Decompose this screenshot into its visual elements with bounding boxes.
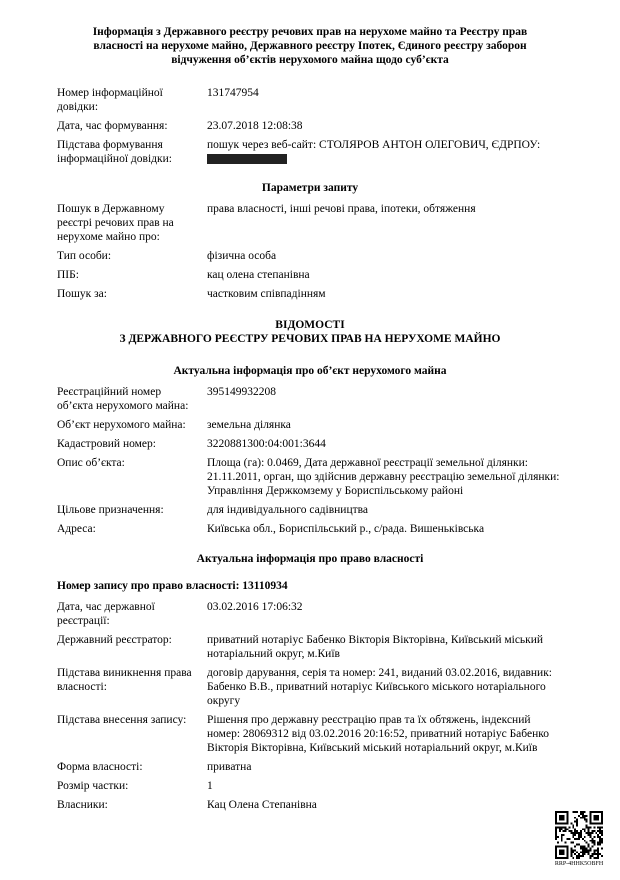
field-label: Тип особи: (57, 249, 207, 263)
field-value: Київська обл., Бориспільський р., с/рада… (207, 522, 563, 536)
query-row-pib: ПІБ: кац олена степанівна (57, 268, 563, 282)
field-label: Цільове призначення: (57, 503, 207, 517)
field-label: Розмір частки: (57, 779, 207, 793)
document-title: Інформація з Державного реєстру речових … (70, 25, 550, 67)
qr-code-icon (555, 811, 603, 859)
field-label: Підстава виникнення права власності: (57, 666, 207, 708)
field-value: приватна (207, 760, 563, 774)
field-value: 3220881300:04:001:3644 (207, 437, 563, 451)
field-label: Адреса: (57, 522, 207, 536)
object-row-cadastral: Кадастровий номер: 3220881300:04:001:364… (57, 437, 563, 451)
document-title-line3: відчуження об’єктів нерухомого майна щод… (70, 53, 550, 67)
info-section: Номер інформаційної довідки: 131747954 Д… (57, 86, 563, 166)
field-value: 23.07.2018 12:08:38 (207, 119, 563, 133)
ownership-section-heading: Актуальна інформація про право власності (57, 552, 563, 566)
info-row-basis: Підстава формування інформаційної довідк… (57, 138, 563, 166)
field-value: договір дарування, серія та номер: 241, … (207, 666, 563, 708)
ownership-row-reg-date: Дата, час державної реєстрації: 03.02.20… (57, 600, 563, 628)
field-label: Дата, час державної реєстрації: (57, 600, 207, 628)
field-label: Власники: (57, 798, 207, 812)
ownership-record-number: Номер запису про право власності: 131109… (57, 579, 563, 593)
field-label: Пошук за: (57, 287, 207, 301)
field-label: Опис об’єкта: (57, 456, 207, 498)
field-value: Рішення про державну реєстрацію прав та … (207, 713, 563, 755)
field-label: Дата, час формування: (57, 119, 207, 133)
object-row-object-type: Об’єкт нерухомого майна: земельна ділянк… (57, 418, 563, 432)
field-value: кац олена степанівна (207, 268, 563, 282)
query-row-search-subject: Пошук в Державному реєстрі речових прав … (57, 202, 563, 244)
vidomosti-heading-line1: ВІДОМОСТІ (57, 318, 563, 332)
field-value: 03.02.2016 17:06:32 (207, 600, 563, 628)
field-value: права власності, інші речові права, іпот… (207, 202, 563, 244)
object-section-heading: Актуальна інформація про об’єкт нерухомо… (57, 364, 563, 378)
field-value: для індивідуального садівництва (207, 503, 563, 517)
qr-block: RRP-4HHK5OBFH (554, 811, 604, 868)
field-label: ПІБ: (57, 268, 207, 282)
redacted-edrpou-value (207, 154, 287, 164)
field-label: Форма власності: (57, 760, 207, 774)
basis-value-text: пошук через веб-сайт: СТОЛЯРОВ АНТОН ОЛЕ… (207, 139, 540, 151)
field-label: Номер інформаційної довідки: (57, 86, 207, 114)
field-label: Підстава внесення запису: (57, 713, 207, 755)
field-label: Державний реєстратор: (57, 633, 207, 661)
vidomosti-heading: ВІДОМОСТІ З ДЕРЖАВНОГО РЕЄСТРУ РЕЧОВИХ П… (57, 318, 563, 346)
qr-caption: RRP-4HHK5OBFH (554, 860, 604, 868)
query-params-heading: Параметри запиту (57, 181, 563, 195)
field-value: 1 (207, 779, 563, 793)
ownership-row-origin-basis: Підстава виникнення права власності: дог… (57, 666, 563, 708)
ownership-section: Дата, час державної реєстрації: 03.02.20… (57, 600, 563, 812)
ownership-row-ownership-form: Форма власності: приватна (57, 760, 563, 774)
info-row-date: Дата, час формування: 23.07.2018 12:08:3… (57, 119, 563, 133)
info-row-number: Номер інформаційної довідки: 131747954 (57, 86, 563, 114)
field-label: Кадастровий номер: (57, 437, 207, 451)
object-section: Реєстраційний номер об’єкта нерухомого м… (57, 385, 563, 536)
ownership-row-registrar: Державний реєстратор: приватний нотаріус… (57, 633, 563, 661)
object-row-address: Адреса: Київська обл., Бориспільський р.… (57, 522, 563, 536)
query-row-search-by: Пошук за: частковим співпадінням (57, 287, 563, 301)
field-value: 131747954 (207, 86, 563, 114)
field-label: Пошук в Державному реєстрі речових прав … (57, 202, 207, 244)
document-title-line2: власності на нерухоме майно, Державного … (70, 39, 550, 53)
field-label: Реєстраційний номер об’єкта нерухомого м… (57, 385, 207, 413)
query-row-person-type: Тип особи: фізична особа (57, 249, 563, 263)
field-value: пошук через веб-сайт: СТОЛЯРОВ АНТОН ОЛЕ… (207, 138, 563, 166)
vidomosti-heading-line2: З ДЕРЖАВНОГО РЕЄСТРУ РЕЧОВИХ ПРАВ НА НЕР… (57, 332, 563, 346)
field-value: фізична особа (207, 249, 563, 263)
field-value: приватний нотаріус Бабенко Вікторія Вікт… (207, 633, 563, 661)
field-label: Об’єкт нерухомого майна: (57, 418, 207, 432)
field-label: Підстава формування інформаційної довідк… (57, 138, 207, 166)
field-value: частковим співпадінням (207, 287, 563, 301)
ownership-row-owners: Власники: Кац Олена Степанівна (57, 798, 563, 812)
field-value: Площа (га): 0.0469, Дата державної реєст… (207, 456, 563, 498)
field-value: земельна ділянка (207, 418, 563, 432)
object-row-description: Опис об’єкта: Площа (га): 0.0469, Дата д… (57, 456, 563, 498)
document-title-line1: Інформація з Державного реєстру речових … (70, 25, 550, 39)
field-value: 395149932208 (207, 385, 563, 413)
object-row-purpose: Цільове призначення: для індивідуального… (57, 503, 563, 517)
field-value: Кац Олена Степанівна (207, 798, 563, 812)
ownership-row-share-size: Розмір частки: 1 (57, 779, 563, 793)
ownership-row-entry-basis: Підстава внесення запису: Рішення про де… (57, 713, 563, 755)
query-params-section: Пошук в Державному реєстрі речових прав … (57, 202, 563, 301)
object-row-reg-number: Реєстраційний номер об’єкта нерухомого м… (57, 385, 563, 413)
document-page: Інформація з Державного реєстру речових … (0, 0, 620, 880)
